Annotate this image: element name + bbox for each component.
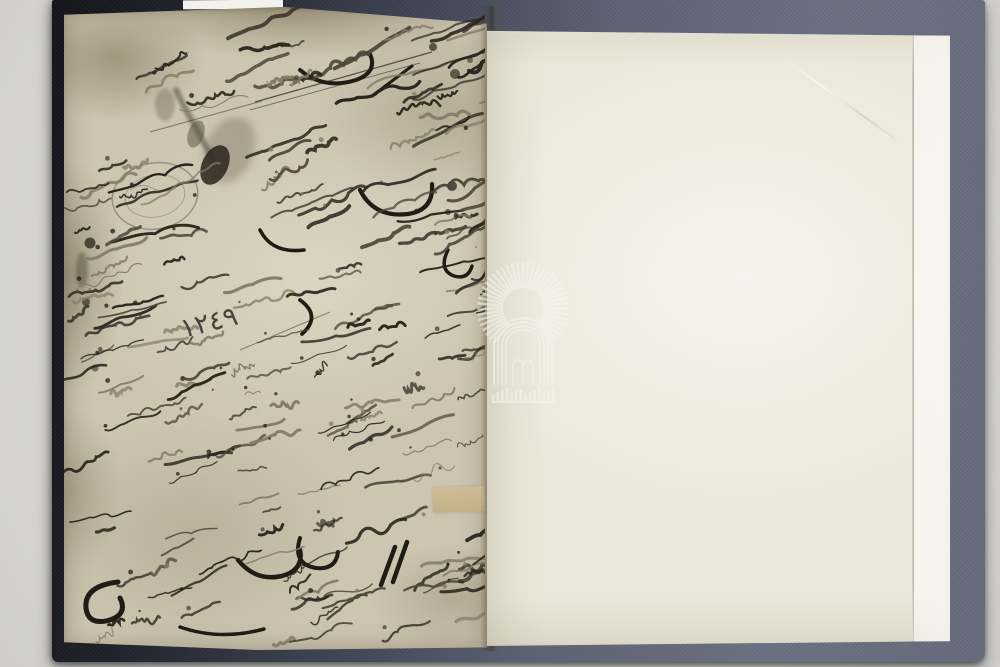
right-page xyxy=(487,29,950,646)
page-crease-diagonal xyxy=(783,57,906,147)
left-page xyxy=(64,7,487,650)
manuscript-photograph: ١٢٤٩ xyxy=(0,0,1000,667)
underleaf-edge xyxy=(913,29,950,646)
repair-tape xyxy=(433,486,486,513)
page-crease-vertical xyxy=(912,31,914,642)
